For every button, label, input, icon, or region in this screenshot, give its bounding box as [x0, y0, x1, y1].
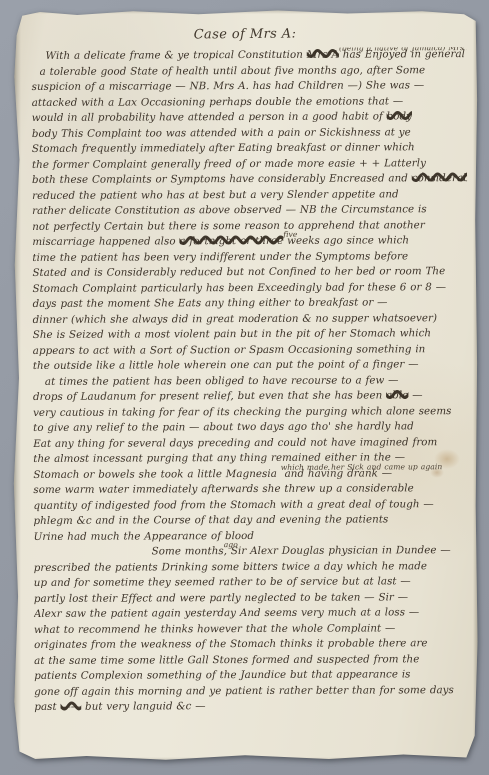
manuscript-line: days past the moment She Eats any thing … — [33, 295, 468, 312]
manuscript-text-segment: partly lost their Effect and were partly… — [34, 591, 408, 605]
manuscript-line: phlegm &c and in the Course of that day … — [33, 512, 468, 529]
manuscript-line: would in all probability have attended a… — [32, 109, 467, 126]
manuscript-line: some warm water immediately afterwards s… — [33, 481, 468, 498]
manuscript-text-segment: days past the moment She Eats any thing … — [33, 296, 388, 310]
manuscript-line: Some monthsago, Sir Alexr Douglas physic… — [34, 543, 469, 560]
manuscript-text-segment: Stomach or bowels she took a little Magn… — [33, 467, 280, 480]
manuscript-text-segment: but very languid &c — — [81, 700, 205, 713]
manuscript-line: partly lost their Effect and were partly… — [34, 590, 469, 607]
scored-out-text: —— — [60, 701, 81, 713]
manuscript-text-segment: drops of Laudanum for present relief, bu… — [33, 389, 386, 403]
manuscript-text: With a delicate frame & ye tropical Cons… — [31, 47, 469, 755]
manuscript-text-segment: both these Complaints or Symptoms have c… — [32, 172, 412, 186]
manuscript-line: Stomach frequently immediately after Eat… — [32, 140, 467, 157]
manuscript-line: suspicion of a miscarriage — NB. Mrs A. … — [32, 78, 467, 95]
scored-out-text: body — [387, 110, 412, 122]
scored-out-text: able — [386, 389, 408, 401]
manuscript-page: Case of Mrs A: With a delicate frame & y… — [12, 9, 478, 762]
manuscript-text-segment: past — [34, 701, 60, 713]
manuscript-line: past —— but very languid &c — — [34, 698, 469, 715]
manuscript-text-segment: She is Seized with a most violent pain b… — [33, 327, 431, 341]
manuscript-line: drops of Laudanum for present relief, bu… — [33, 388, 468, 405]
manuscript-line: a tolerable good State of health until a… — [32, 63, 467, 80]
scan-background: Case of Mrs A: With a delicate frame & y… — [0, 0, 489, 775]
manuscript-text-segment: up and for sometime they seemed rather t… — [34, 575, 411, 589]
manuscript-text-segment: attacked with a Lax Occasioning perhaps … — [32, 95, 404, 109]
manuscript-line: Eat any thing for several days preceding… — [33, 435, 468, 452]
manuscript-text-segment: the outside like a little hole wherein o… — [33, 358, 419, 372]
manuscript-text-segment: Alexr saw the patient again yesterday An… — [34, 606, 419, 620]
manuscript-text-segment: at times the patient has been obliged to… — [45, 374, 399, 388]
manuscript-line: Stomach or bowels she took a little Magn… — [33, 466, 468, 483]
manuscript-line: With a delicate frame & ye tropical Cons… — [31, 47, 466, 64]
manuscript-text-segment: suspicion of a miscarriage — NB. Mrs A. … — [32, 79, 425, 93]
manuscript-text-segment: , Sir Alexr Douglas physician in Dundee … — [224, 544, 451, 557]
manuscript-line: quantity of indigested food from the Sto… — [33, 497, 468, 514]
manuscript-line: rather delicate Constitution as above ob… — [32, 202, 467, 219]
manuscript-line: reduced the patient who has at best but … — [32, 187, 467, 204]
manuscript-line: patients Complexion something of the Jau… — [34, 667, 469, 684]
scored-out-text: a fortnight or three — [179, 235, 283, 247]
manuscript-text-segment: would in all probability have attended a… — [32, 110, 387, 124]
manuscript-line: both these Complaints or Symptoms have c… — [32, 171, 467, 188]
manuscript-line: appears to act with a Sort of Suction or… — [33, 342, 468, 359]
manuscript-line: body This Complaint too was attended wit… — [32, 125, 467, 142]
manuscript-text-segment: rather delicate Constitution as above ob… — [32, 203, 427, 217]
manuscript-line: Alexr saw the patient again yesterday An… — [34, 605, 469, 622]
manuscript-text-segment: appears to act with a Sort of Suction or… — [33, 343, 426, 357]
manuscript-line: what to recommend he thinks however that… — [34, 621, 469, 638]
manuscript-text-segment: originates from the weakness of the Stom… — [34, 637, 428, 651]
manuscript-text-segment: Stomach Complaint particularly has been … — [32, 281, 446, 295]
paper-edge-right — [473, 9, 478, 762]
manuscript-text-segment: Eat any thing for several days preceding… — [33, 436, 437, 450]
paper-shadow: Case of Mrs A: With a delicate frame & y… — [12, 9, 478, 762]
manuscript-text-segment: reduced the patient who has at best but … — [32, 188, 399, 202]
manuscript-line: miscarriage happened also a fortnight or… — [32, 233, 467, 250]
manuscript-text-segment: to give any relief to the pain — about t… — [33, 420, 414, 434]
manuscript-text-segment: phlegm &c and in the Course of that day … — [33, 513, 388, 527]
manuscript-text-segment: at the same time some little Gall Stones… — [34, 653, 419, 667]
manuscript-line: dinner (which she always did in great mo… — [33, 311, 468, 328]
manuscript-line: the former Complaint generally freed of … — [32, 156, 467, 173]
manuscript-line: attacked with a Lax Occasioning perhaps … — [32, 94, 467, 111]
manuscript-text-segment: very cautious in taking for fear of its … — [33, 405, 451, 419]
manuscript-line: She is Seized with a most violent pain b… — [33, 326, 468, 343]
scored-out-text: Mrs A — [307, 49, 339, 61]
manuscript-line: prescribed the patients Drinking some bi… — [34, 559, 469, 576]
manuscript-line: very cautious in taking for fear of its … — [33, 404, 468, 421]
manuscript-text-segment: what to recommend he thinks however that… — [34, 622, 395, 636]
manuscript-text-segment: Some months — [152, 545, 224, 557]
manuscript-line: time the patient has been very indiffere… — [32, 249, 467, 266]
paper-edge-bottom — [12, 757, 478, 762]
manuscript-text-segment: gone off again this morning and ye patie… — [34, 684, 454, 698]
manuscript-line: gone off again this morning and ye patie… — [34, 683, 469, 700]
manuscript-text-segment: prescribed the patients Drinking some bi… — [34, 560, 427, 574]
manuscript-text-segment: body This Complaint too was attended wit… — [32, 126, 411, 140]
manuscript-text-segment: weeks ago since which — [283, 234, 409, 247]
manuscript-line: at times the patient has been obliged to… — [33, 373, 468, 390]
manuscript-text-segment: Urine had much the Appearance of blood — [34, 529, 255, 542]
manuscript-text-segment: dinner (which she always did in great mo… — [33, 312, 437, 326]
torn-edge-left — [12, 9, 21, 762]
manuscript-text-segment: a tolerable good State of health until a… — [40, 64, 426, 78]
manuscript-text-segment: Stomach frequently immediately after Eat… — [32, 141, 415, 155]
manuscript-line: originates from the weakness of the Stom… — [34, 636, 469, 653]
manuscript-text-segment: patients Complexion something of the Jau… — [34, 668, 410, 682]
manuscript-line: to give any relief to the pain — about t… — [33, 419, 468, 436]
manuscript-line: Stomach Complaint particularly has been … — [32, 280, 467, 297]
manuscript-text-segment: not perfectly Certain but there is some … — [32, 219, 425, 233]
page-title: Case of Mrs A: — [12, 25, 478, 45]
manuscript-text-segment: With a delicate frame & ye tropical Cons… — [45, 49, 306, 62]
scored-out-text: considerably — [412, 172, 470, 184]
manuscript-text-segment: Stated and is Considerably reduced but n… — [32, 265, 445, 279]
manuscript-line: not perfectly Certain but there is some … — [32, 218, 467, 235]
manuscript-text-segment: the former Complaint generally freed of … — [32, 157, 426, 171]
manuscript-line: the outside like a little hole wherein o… — [33, 357, 468, 374]
manuscript-line: Stated and is Considerably reduced but n… — [32, 264, 467, 281]
manuscript-text-segment: miscarriage happened also — [32, 235, 179, 248]
manuscript-text-segment: some warm water immediately afterwards s… — [33, 482, 413, 496]
manuscript-text-segment: — — [408, 389, 422, 401]
manuscript-line: at the same time some little Gall Stones… — [34, 652, 469, 669]
paper-edge-top — [12, 9, 478, 14]
manuscript-line: Urine had much the Appearance of blood — [34, 528, 469, 545]
manuscript-text-segment: time the patient has been very indiffere… — [32, 250, 408, 264]
manuscript-line: up and for sometime they seemed rather t… — [34, 574, 469, 591]
manuscript-text-segment: quantity of indigested food from the Sto… — [33, 498, 433, 512]
